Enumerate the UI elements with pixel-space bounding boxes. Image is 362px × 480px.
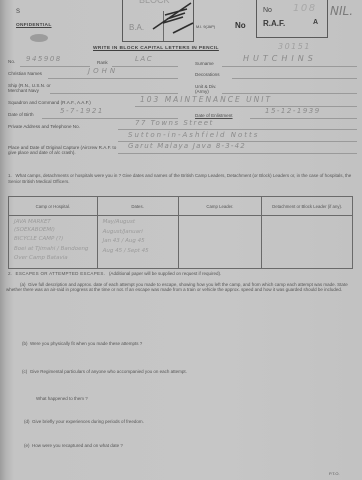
block-stamp-unit: R.A.F. xyxy=(263,19,285,28)
field-dob-value: 5-7-1921 xyxy=(60,107,104,115)
field-enlistment-label: Date of Enlistment xyxy=(195,113,233,118)
col-camp: Camp or Hospital. xyxy=(9,197,98,216)
field-rank-label: Rank xyxy=(97,60,108,65)
col-dates: Dates. xyxy=(97,197,178,216)
ba-stamp-label: B.A. xyxy=(129,23,144,32)
classification-label: ONFIDENTIAL xyxy=(16,23,52,28)
dates-cell: May/August August/Januari Jan 43 / Aug 4… xyxy=(97,216,178,269)
section2-heading: 2. ESCAPES OR ATTEMPTED ESCAPES. (Additi… xyxy=(8,271,221,276)
question-2c: (c) Give Regimental particulars of anyon… xyxy=(22,369,187,374)
col-detachment-leader: Detachment or Block Leader (if any). xyxy=(262,197,353,216)
block-stamp-number: 108 xyxy=(293,3,317,14)
field-address-line1: 77 Towns Street xyxy=(135,119,214,127)
corner-mark: S xyxy=(16,9,20,15)
table-row: JAVA MARKET (SOEKABOEMI) BICYCLE CAMP (?… xyxy=(9,216,353,269)
section1-number: 1. xyxy=(8,173,12,178)
nil-note: NIL. xyxy=(330,4,353,18)
form-code: M.I. 9(JAP) xyxy=(196,25,215,29)
field-address-line2: Sutton-in-Ashfield Notts xyxy=(128,131,259,139)
camps-table-header: Camp or Hospital. Dates. Camp Leader. De… xyxy=(9,197,353,216)
field-surname-label: Surname xyxy=(195,61,214,66)
camps-table: Camp or Hospital. Dates. Camp Leader. De… xyxy=(8,196,353,269)
block-stamp-no-label: No xyxy=(263,7,272,14)
detachment-leader-cell xyxy=(262,216,353,269)
field-rank-value: LAC xyxy=(135,55,153,63)
initials-scribble-icon xyxy=(151,0,195,35)
section1-text: What camps, detachments or hospitals wer… xyxy=(8,173,351,184)
instruction-heading: WRITE IN BLOCK CAPITAL LETTERS IN PENCIL xyxy=(93,46,219,51)
block-stamp: BLOCK No 108 R.A.F. A xyxy=(256,0,328,38)
field-christian-names-value: JOHN xyxy=(88,67,118,75)
section2-number: 2. xyxy=(8,271,12,276)
camp-cell: JAVA MARKET (SOEKABOEMI) BICYCLE CAMP (?… xyxy=(9,216,98,269)
field-capture-label: Place and Date of Original Capture (Airc… xyxy=(8,145,118,155)
field-ship-label: Ship (R.N., U.S.N. or Merchant Navy xyxy=(8,83,56,93)
pto-label: P.T.O. xyxy=(329,471,340,476)
field-no-value: 945908 xyxy=(26,55,62,63)
block-stamp-letter: A xyxy=(313,19,318,26)
col-camp-leader: Camp Leader. xyxy=(178,197,262,216)
field-enlistment-value: 15-12-1939 xyxy=(265,107,321,115)
document-page: S ONFIDENTIAL BLOCK B.A. M.I. 9(JAP) No … xyxy=(0,0,362,480)
field-unit-div-label: Unit & Div. (Army) xyxy=(195,84,225,94)
question-2d: (d) Give briefly your experiences during… xyxy=(24,419,144,424)
reference-number: 30151 xyxy=(278,42,311,51)
field-squadron-value: 103 MAINTENANCE UNIT xyxy=(140,95,272,104)
question-2c-followup: What happened to them ? xyxy=(36,396,88,401)
question-2e: (e) How were you recaptured and on what … xyxy=(24,443,123,448)
field-squadron-label: Squadron and Command (R.A.F., A.A.F.) xyxy=(8,100,91,105)
field-capture-value: Garut Malaya Java 8-3-42 xyxy=(128,142,246,150)
section1-question: 1. What camps, detachments or hospitals … xyxy=(8,173,353,184)
ba-stamp: BLOCK B.A. xyxy=(122,0,194,42)
question-2b: (b) Were you physically fit when you mad… xyxy=(22,341,142,346)
field-address-label: Private Address and Telephone No. xyxy=(8,124,80,129)
number-label: No xyxy=(235,21,246,30)
question-2a: (a) Give full description and approx. da… xyxy=(6,282,356,292)
camp-leader-cell xyxy=(178,216,262,269)
seal-smudge-icon xyxy=(30,34,48,42)
section2-note: (Additional paper will be supplied on re… xyxy=(109,271,221,276)
field-no-label: No. xyxy=(8,59,15,64)
field-surname-value: HUTCHINS xyxy=(243,54,317,63)
field-decorations-label: Decorations xyxy=(195,72,220,77)
block-stamp-title: BLOCK xyxy=(271,0,298,2)
field-dob-label: Date of Birth xyxy=(8,112,34,117)
field-christian-names-label: Christian Names xyxy=(8,71,42,76)
section2-title: ESCAPES OR ATTEMPTED ESCAPES. xyxy=(16,271,106,276)
